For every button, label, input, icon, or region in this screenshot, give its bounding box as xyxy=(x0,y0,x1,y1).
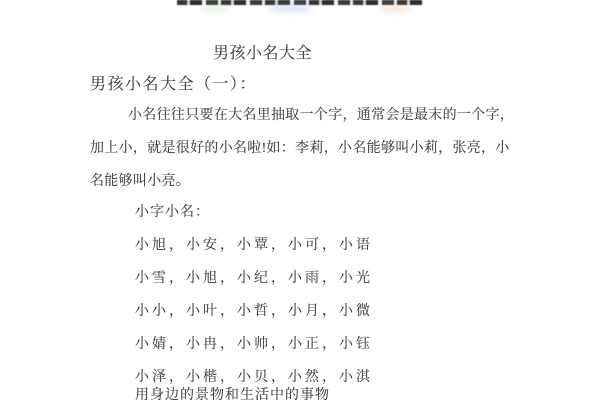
paragraph-line-1: 小名往往只要在大名里抽取一个字，通常会是最末的一个字， xyxy=(128,108,514,125)
nickname-list-line-3: 小小，小叶，小哲，小月，小微 xyxy=(135,304,373,321)
nickname-list-line-1: 小旭，小安，小覃，小可，小语 xyxy=(135,238,373,255)
paragraph-line-2: 加上小，就是很好的小名啦!如：李莉，小名能够叫小莉，张亮，小 xyxy=(90,141,510,158)
jpeg-artifact-smudge xyxy=(200,5,230,13)
document-page: 男孩小名大全 男孩小名大全（一）： 小名往往只要在大名里抽取一个字，通常会是最末… xyxy=(0,0,600,400)
nickname-list-line-2: 小雪，小旭，小纪，小雨，小光 xyxy=(135,271,373,288)
paragraph-line-3: 名能够叫小亮。 xyxy=(90,174,190,191)
nickname-list-line-4: 小婧，小冉，小帅，小正，小钰 xyxy=(135,337,373,354)
subsection-heading: 小字小名： xyxy=(135,205,210,222)
section-heading: 男孩小名大全（一）： xyxy=(90,75,257,94)
jpeg-artifact-smudge xyxy=(268,4,312,13)
jpeg-artifact-smudge xyxy=(378,5,412,13)
clipped-bottom-text-line: 用身边的景物和生活中的事物 xyxy=(135,388,330,400)
nickname-list-line-5: 小泽，小楷，小贝，小然，小淇 xyxy=(135,370,373,387)
document-title: 男孩小名大全 xyxy=(213,44,312,63)
